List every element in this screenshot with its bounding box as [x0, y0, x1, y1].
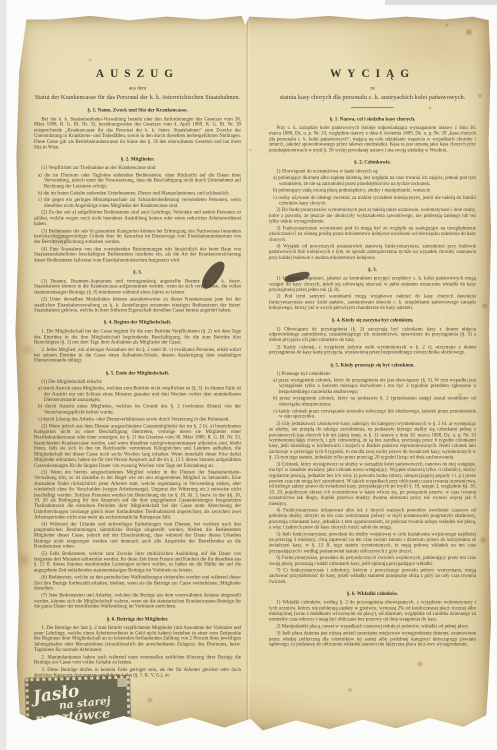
- list-item: b) durch Austritt eines Mitgliedes, welc…: [38, 404, 241, 415]
- list-item: a) die im Diurnum oder Taglohne stehende…: [38, 172, 241, 189]
- section-heading: §. 2. Członkowie.: [269, 159, 476, 165]
- paragraph: (3) Wenn ein bereits ausgeschiedenes Mit…: [34, 470, 241, 520]
- doc-subtitle: Statut der Krankencasse für das Personal…: [34, 94, 241, 101]
- paragraph: Bei der k. k. Staatseisenbahn-Verwaltung…: [34, 116, 241, 150]
- section-heading: §. 4. Kiedy się zaczyna być członkiem.: [269, 317, 476, 323]
- paragraph: 3) Funkcyonaryusze wymienieni pod b) mog…: [269, 225, 476, 242]
- paragraph: 3) Członek, który wystąpiwszy ze służby …: [269, 461, 476, 506]
- section-heading: §. 3.: [34, 269, 241, 275]
- paragraph: 1. Die Beiträge der laut §. 2 zum Beitri…: [34, 625, 241, 653]
- list-item: b) pobierający stałą roczną płacę podurz…: [273, 188, 476, 194]
- list-item: a) durch Austritt eines Mitgliedes, welc…: [38, 386, 241, 403]
- paragraph: 5) Jeśli funkcyonaryusze, powołani do sł…: [269, 531, 476, 553]
- paragraph: (1) Die Mitgliedschaft erlischt:: [34, 379, 241, 385]
- paragraph: (2) Unter denselben Modalitäten können a…: [34, 296, 241, 313]
- paragraph: 1) Wkładki członków, według §. 2 do przy…: [269, 600, 476, 622]
- paragraph: (4) Während der Urlaube und zeitweiligen…: [34, 521, 241, 549]
- paragraph: 4) Funkcyonaryusze urlopowani albo też z…: [269, 508, 476, 530]
- list-item: b) przez wystąpienie członek, który na p…: [273, 396, 476, 407]
- paragraph: 2. Jedes Mitglied, mit alleiniger Ausnah…: [34, 347, 241, 364]
- paragraph: 2) Manipulantki płacą, nawet w wypadkach…: [269, 624, 476, 630]
- section-heading: §. 2. Mitglieder.: [34, 156, 241, 162]
- paragraph: (4) Eine Ausnahme von den vorstehenden B…: [34, 246, 241, 263]
- doc-sub: ze: [269, 85, 476, 91]
- paragraph: (2) Wenn jedoch aus dem Dienste ausgesch…: [34, 423, 241, 468]
- section-heading: §. 1. Nazwa, cel i siedziba kasy chorych…: [269, 116, 476, 122]
- paragraph: (1) Beamte, Beamten-Aspiranten und vertr…: [34, 278, 241, 295]
- list-item: c) die gegen ein geringes Monatspauschal…: [38, 197, 241, 208]
- watermark-line-3: pocztówce: [35, 706, 128, 726]
- paragraph: 7) Ci funkcyonaryusze i robotnicy, który…: [269, 568, 476, 585]
- paragraph: Przy c. k. zarządzie kolei państwowych i…: [269, 125, 476, 153]
- paragraph: 1. Die Mitgliedschaft bei der Casse begi…: [34, 329, 241, 346]
- paragraph: 4) Wyjątek od powyższych postanowień sta…: [269, 244, 476, 261]
- paragraph: (6) Bedienstete, welche zu den periodisc…: [34, 575, 241, 592]
- paragraph: 1) Przestaje być członkiem:: [269, 371, 476, 377]
- list-item: a) pobierający diurnum albo zapłatę dzie…: [273, 175, 476, 186]
- paragraph: 3. Diese Beiträge dürfen in keinem Falle…: [34, 667, 241, 678]
- paragraph: (1) Verpflichtet zur Theilnahme an der K…: [34, 165, 241, 171]
- section-heading: §. 3.: [269, 266, 476, 272]
- scan-background: AUSZUGaus demStatut der Krankencasse für…: [0, 0, 497, 750]
- paragraph: 2) Gdy jednakowoż członkowie kasy, należ…: [269, 421, 476, 460]
- list-item: b) die im festen Gehalte stehenden Unter…: [38, 190, 241, 196]
- paragraph: (5) Falls Bedienstete, welche zum Zwecke…: [34, 551, 241, 573]
- paragraph: 2) Każdy członek, z wyjątkiem jedynie os…: [269, 344, 476, 355]
- paragraph: 2) Pod tymi samymi warunkami mogą wyjątk…: [269, 294, 476, 311]
- list-item: c) durch Lösung des Arbeits- oder Dienst…: [38, 417, 241, 423]
- section-heading: §. 6. Beiträge der Mitglieder.: [34, 615, 241, 621]
- scan-edge-strip: [385, 0, 497, 5]
- list-item: c) każdy członek przez rozwiązanie stosu…: [273, 408, 476, 419]
- paragraph: 1) Obowiązani do uczestnictwa w kasie ch…: [269, 168, 476, 174]
- paragraph: 3) Jeśli płaca dzienna jest niższą aniże…: [269, 631, 476, 648]
- section-heading: §. 5. Kiedy przestaje się być członkiem.: [269, 361, 476, 367]
- column-polish: WYCIĄGzestatuta kasy chorych dla persona…: [269, 67, 476, 721]
- section-heading: §. 1. Name, Zweck und Sitz der Krankenca…: [34, 107, 241, 113]
- paragraph: 1) Urzędnicy, aspiranci, jakoteż za kont…: [269, 276, 476, 293]
- paragraph: (3) Bedienstete der sub b) genannten Kat…: [34, 228, 241, 245]
- list-item: c) osoby używane do obsługi zwrotnic za …: [273, 195, 476, 206]
- divider-rule: [351, 107, 394, 108]
- doc-sub: aus dem: [34, 85, 241, 91]
- section-heading: §. 6. Wkładki członków.: [269, 591, 476, 597]
- section-heading: §. 4. Beginn der Mitgliedschaft.: [34, 319, 241, 325]
- paragraph: 1) Obowiązani do przystąpienia (§. 2) za…: [269, 326, 476, 343]
- doc-title: WYCIĄG: [269, 67, 476, 80]
- column-german: AUSZUGaus demStatut der Krankencasse für…: [34, 67, 241, 721]
- paragraph: 6) Funkcyonaryusze, powołani do peryodyc…: [269, 555, 476, 566]
- watermark-stamp: Jasło na starej pocztówce: [25, 676, 130, 735]
- document-page: AUSZUGaus demStatut der Krankencasse für…: [14, 13, 492, 737]
- paragraph: (2) Zu den sub a) aufgeführten Bedienste…: [34, 210, 241, 227]
- two-column-layout: AUSZUGaus demStatut der Krankencasse für…: [34, 67, 476, 721]
- section-heading: §. 5. Ende der Mitgliedschaft.: [34, 370, 241, 376]
- doc-subtitle: statuta kasy chorych dla personalu c. k.…: [269, 94, 476, 101]
- paragraph: 2. Manipulantinnen haben auch während ei…: [34, 654, 241, 665]
- paragraph: (7) Jene Bediensteten und Arbeiter, welc…: [34, 593, 241, 610]
- list-item: a) przez wystąpienie członek, który do p…: [273, 378, 476, 395]
- paragraph: 2) Do funkcyonaryuszów wymienionych pod …: [269, 207, 476, 224]
- doc-title: AUSZUG: [34, 67, 241, 80]
